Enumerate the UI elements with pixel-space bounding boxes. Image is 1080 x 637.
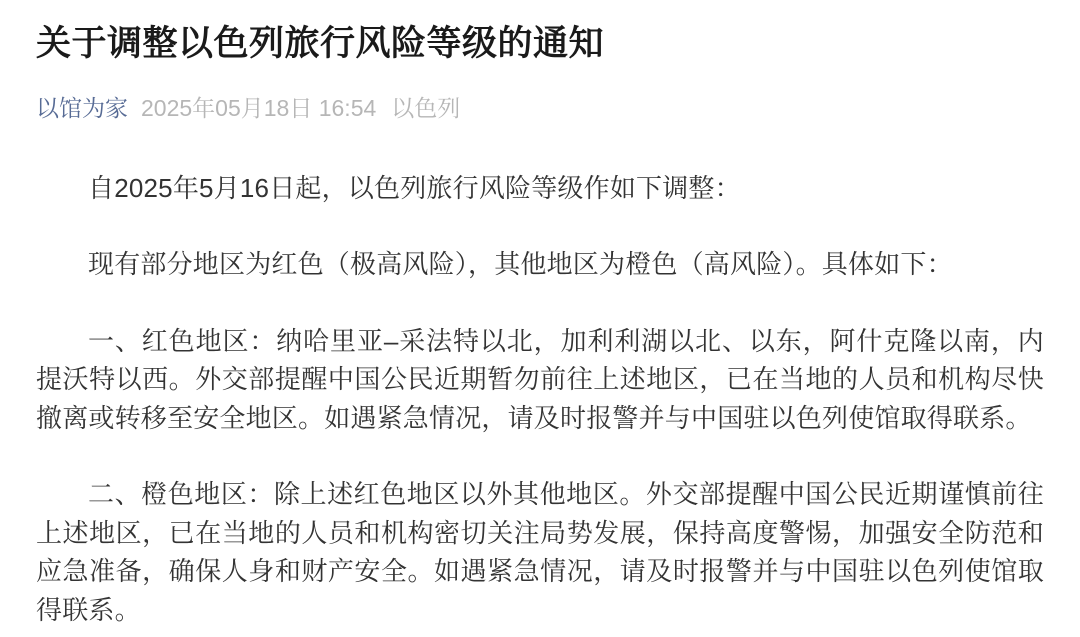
article-content: 自2025年5月16日起，以色列旅行风险等级作如下调整： 现有部分地区为红色（极…	[36, 169, 1044, 630]
paragraph-red-zone: 一、红色地区：纳哈里亚–采法特以北，加利利湖以北、以东，阿什克隆以南，内提沃特以…	[36, 322, 1044, 438]
paragraph-orange-zone: 二、橙色地区：除上述红色地区以外其他地区。外交部提醒中国公民近期谨慎前往上述地区…	[36, 475, 1044, 629]
publish-location: 以色列	[391, 92, 460, 124]
article: 关于调整以色列旅行风险等级的通知 以馆为家 2025年05月18日 16:54 …	[0, 0, 1080, 629]
paragraph-summary: 现有部分地区为红色（极高风险），其他地区为橙色（高风险）。具体如下：	[36, 245, 1044, 284]
article-meta: 以馆为家 2025年05月18日 16:54 以色列	[36, 92, 1044, 124]
paragraph-intro: 自2025年5月16日起，以色列旅行风险等级作如下调整：	[36, 169, 1044, 208]
article-title: 关于调整以色列旅行风险等级的通知	[36, 22, 1044, 66]
account-name-link[interactable]: 以馆为家	[36, 92, 128, 124]
article-page: 关于调整以色列旅行风险等级的通知 以馆为家 2025年05月18日 16:54 …	[0, 0, 1080, 637]
publish-time: 2025年05月18日 16:54	[141, 92, 376, 124]
